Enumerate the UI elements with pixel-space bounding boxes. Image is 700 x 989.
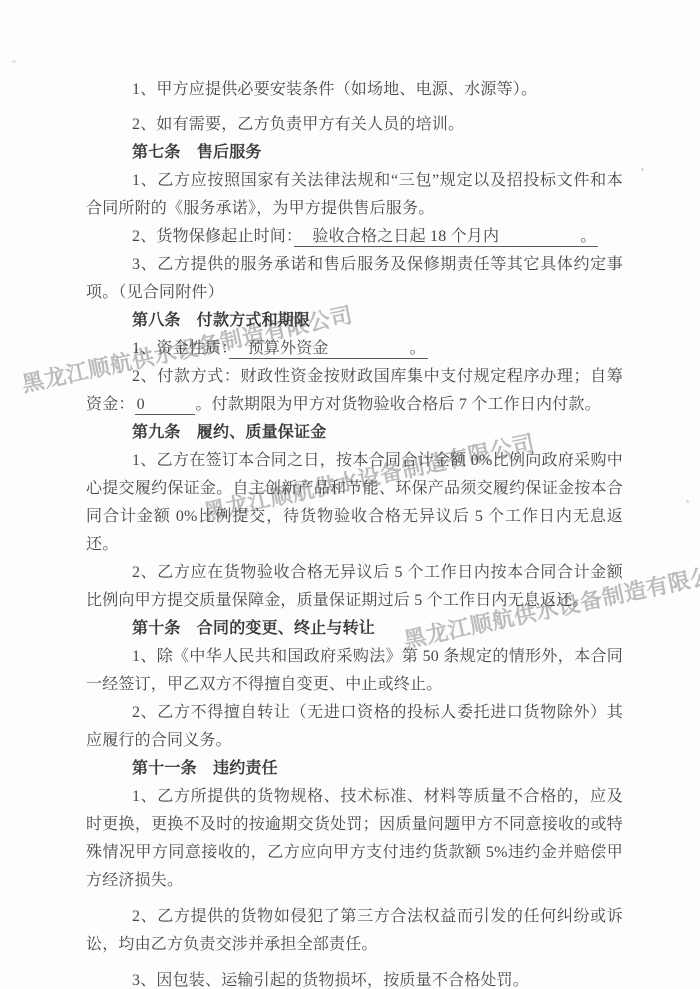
article-7-warranty-line: 2、货物保修起止时间： 验收合格之日起 18 个月内 。	[86, 223, 623, 251]
article-9-clause-1: 1、乙方在签订本合同之日，按本合同合计金额 0%比例向政府采购中心提交履约保证金…	[86, 447, 623, 559]
article-10-clause-1: 1、除《中华人民共和国政府采购法》第 50 条规定的情形外，本合同一经签订，甲乙…	[86, 643, 623, 699]
article-8-payment-line: 2、付款方式：财政性资金按财政国库集中支付规定程序办理；自筹资金：0 。付款期限…	[86, 363, 623, 419]
article-11-heading: 第十一条 违约责任	[86, 755, 623, 783]
article-10-clause-2: 2、乙方不得擅自转让（无进口资格的投标人委托进口货物除外）其应履行的合同义务。	[86, 699, 623, 755]
fund-nature-label: 1、资金性质：	[132, 340, 229, 357]
self-raised-fund-blank: 0	[135, 396, 196, 415]
article-7-clause-3: 3、乙方提供的服务承诺和售后服务及保修期责任等其它具体约定事项。（见合同附件）	[86, 251, 623, 307]
article-7-heading: 第七条 售后服务	[86, 139, 623, 167]
article-11-clause-3: 3、因包装、运输引起的货物损坏，按质量不合格处罚。	[86, 967, 623, 989]
article-8-fund-nature-line: 1、资金性质： 预算外资金 。	[86, 335, 623, 363]
scan-noise-speck	[12, 60, 16, 63]
article-10-heading: 第十条 合同的变更、终止与转让	[86, 615, 623, 643]
payment-deadline-text: 。付款期限为甲方对货物验收合格后 7 个工作日内付款。	[195, 396, 600, 413]
article-8-heading: 第八条 付款方式和期限	[86, 307, 623, 335]
article-7-clause-1: 1、乙方应按照国家有关法律法规和“三包”规定以及招投标文件和本合同所附的《服务承…	[86, 167, 623, 223]
clause-install-conditions: 1、甲方应提供必要安装条件（如场地、电源、水源等）。	[86, 76, 623, 104]
clause-personnel-training: 2、如有需要，乙方负责甲方有关人员的培训。	[86, 111, 623, 139]
contract-scan-page: 黑龙江顺航供水设备制造有限公司 黑龙江顺航供水设备制造有限公司 黑龙江顺航供水设…	[0, 0, 700, 989]
scan-noise-speck	[686, 500, 689, 503]
warranty-period-blank: 验收合格之日起 18 个月内 。	[294, 228, 598, 247]
contract-body: 1、甲方应提供必要安装条件（如场地、电源、水源等）。 2、如有需要，乙方负责甲方…	[86, 76, 623, 989]
article-9-heading: 第九条 履约、质量保证金	[86, 419, 623, 447]
article-11-clause-1: 1、乙方所提供的货物规格、技术标准、材料等质量不合格的，应及时更换，更换不及时的…	[86, 783, 623, 895]
fund-nature-blank: 预算外资金 。	[229, 340, 427, 359]
warranty-label: 2、货物保修起止时间：	[132, 228, 294, 245]
scan-noise-speck	[641, 168, 644, 171]
article-9-clause-2: 2、乙方应在货物验收合格无异议后 5 个工作日内按本合同合计金额比例向甲方提交质…	[86, 559, 623, 615]
article-11-clause-2: 2、乙方提供的货物如侵犯了第三方合法权益而引发的任何纠纷或诉讼，均由乙方负责交涉…	[86, 903, 623, 959]
